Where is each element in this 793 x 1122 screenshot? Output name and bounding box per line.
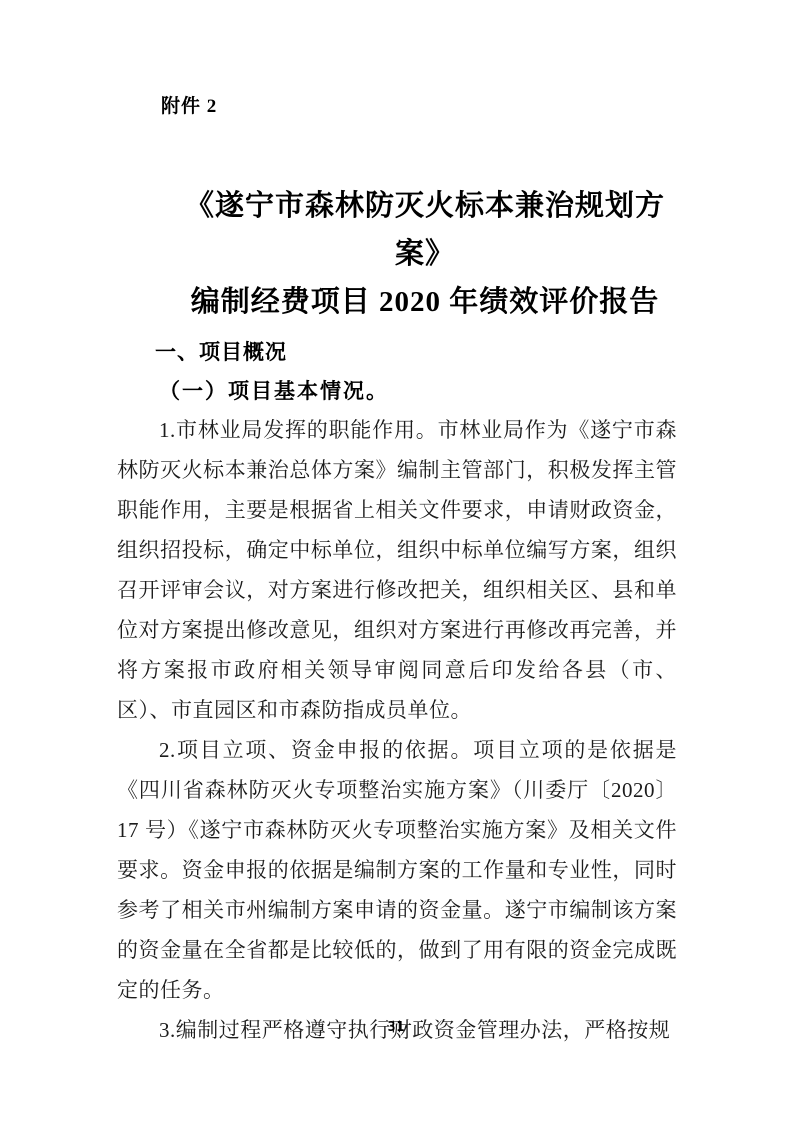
document-title-line1: 《遂宁市森林防灭火标本兼治规划方案》 xyxy=(173,182,677,278)
document-content: 附件 2 《遂宁市森林防灭火标本兼治规划方案》 编制经费项目 2020 年绩效评… xyxy=(117,92,677,1050)
attachment-label: 附件 2 xyxy=(117,92,677,122)
paragraph-1: 1.市林业局发挥的职能作用。市林业局作为《遂宁市森林防灭火标本兼治总体方案》编制… xyxy=(117,410,677,730)
section-heading-project-overview: 一、项目概况 xyxy=(117,334,677,372)
page-number: 31 xyxy=(0,1020,793,1035)
subsection-heading-basic-situation: （一）项目基本情况。 xyxy=(117,372,677,410)
document-title-line2: 编制经费项目 2020 年绩效评价报告 xyxy=(173,278,677,326)
paragraph-2: 2.项目立项、资金申报的依据。项目立项的是依据是《四川省森林防灭火专项整治实施方… xyxy=(117,730,677,1010)
document-page: 附件 2 《遂宁市森林防灭火标本兼治规划方案》 编制经费项目 2020 年绩效评… xyxy=(0,0,793,1122)
document-title: 《遂宁市森林防灭火标本兼治规划方案》 编制经费项目 2020 年绩效评价报告 xyxy=(117,182,677,326)
